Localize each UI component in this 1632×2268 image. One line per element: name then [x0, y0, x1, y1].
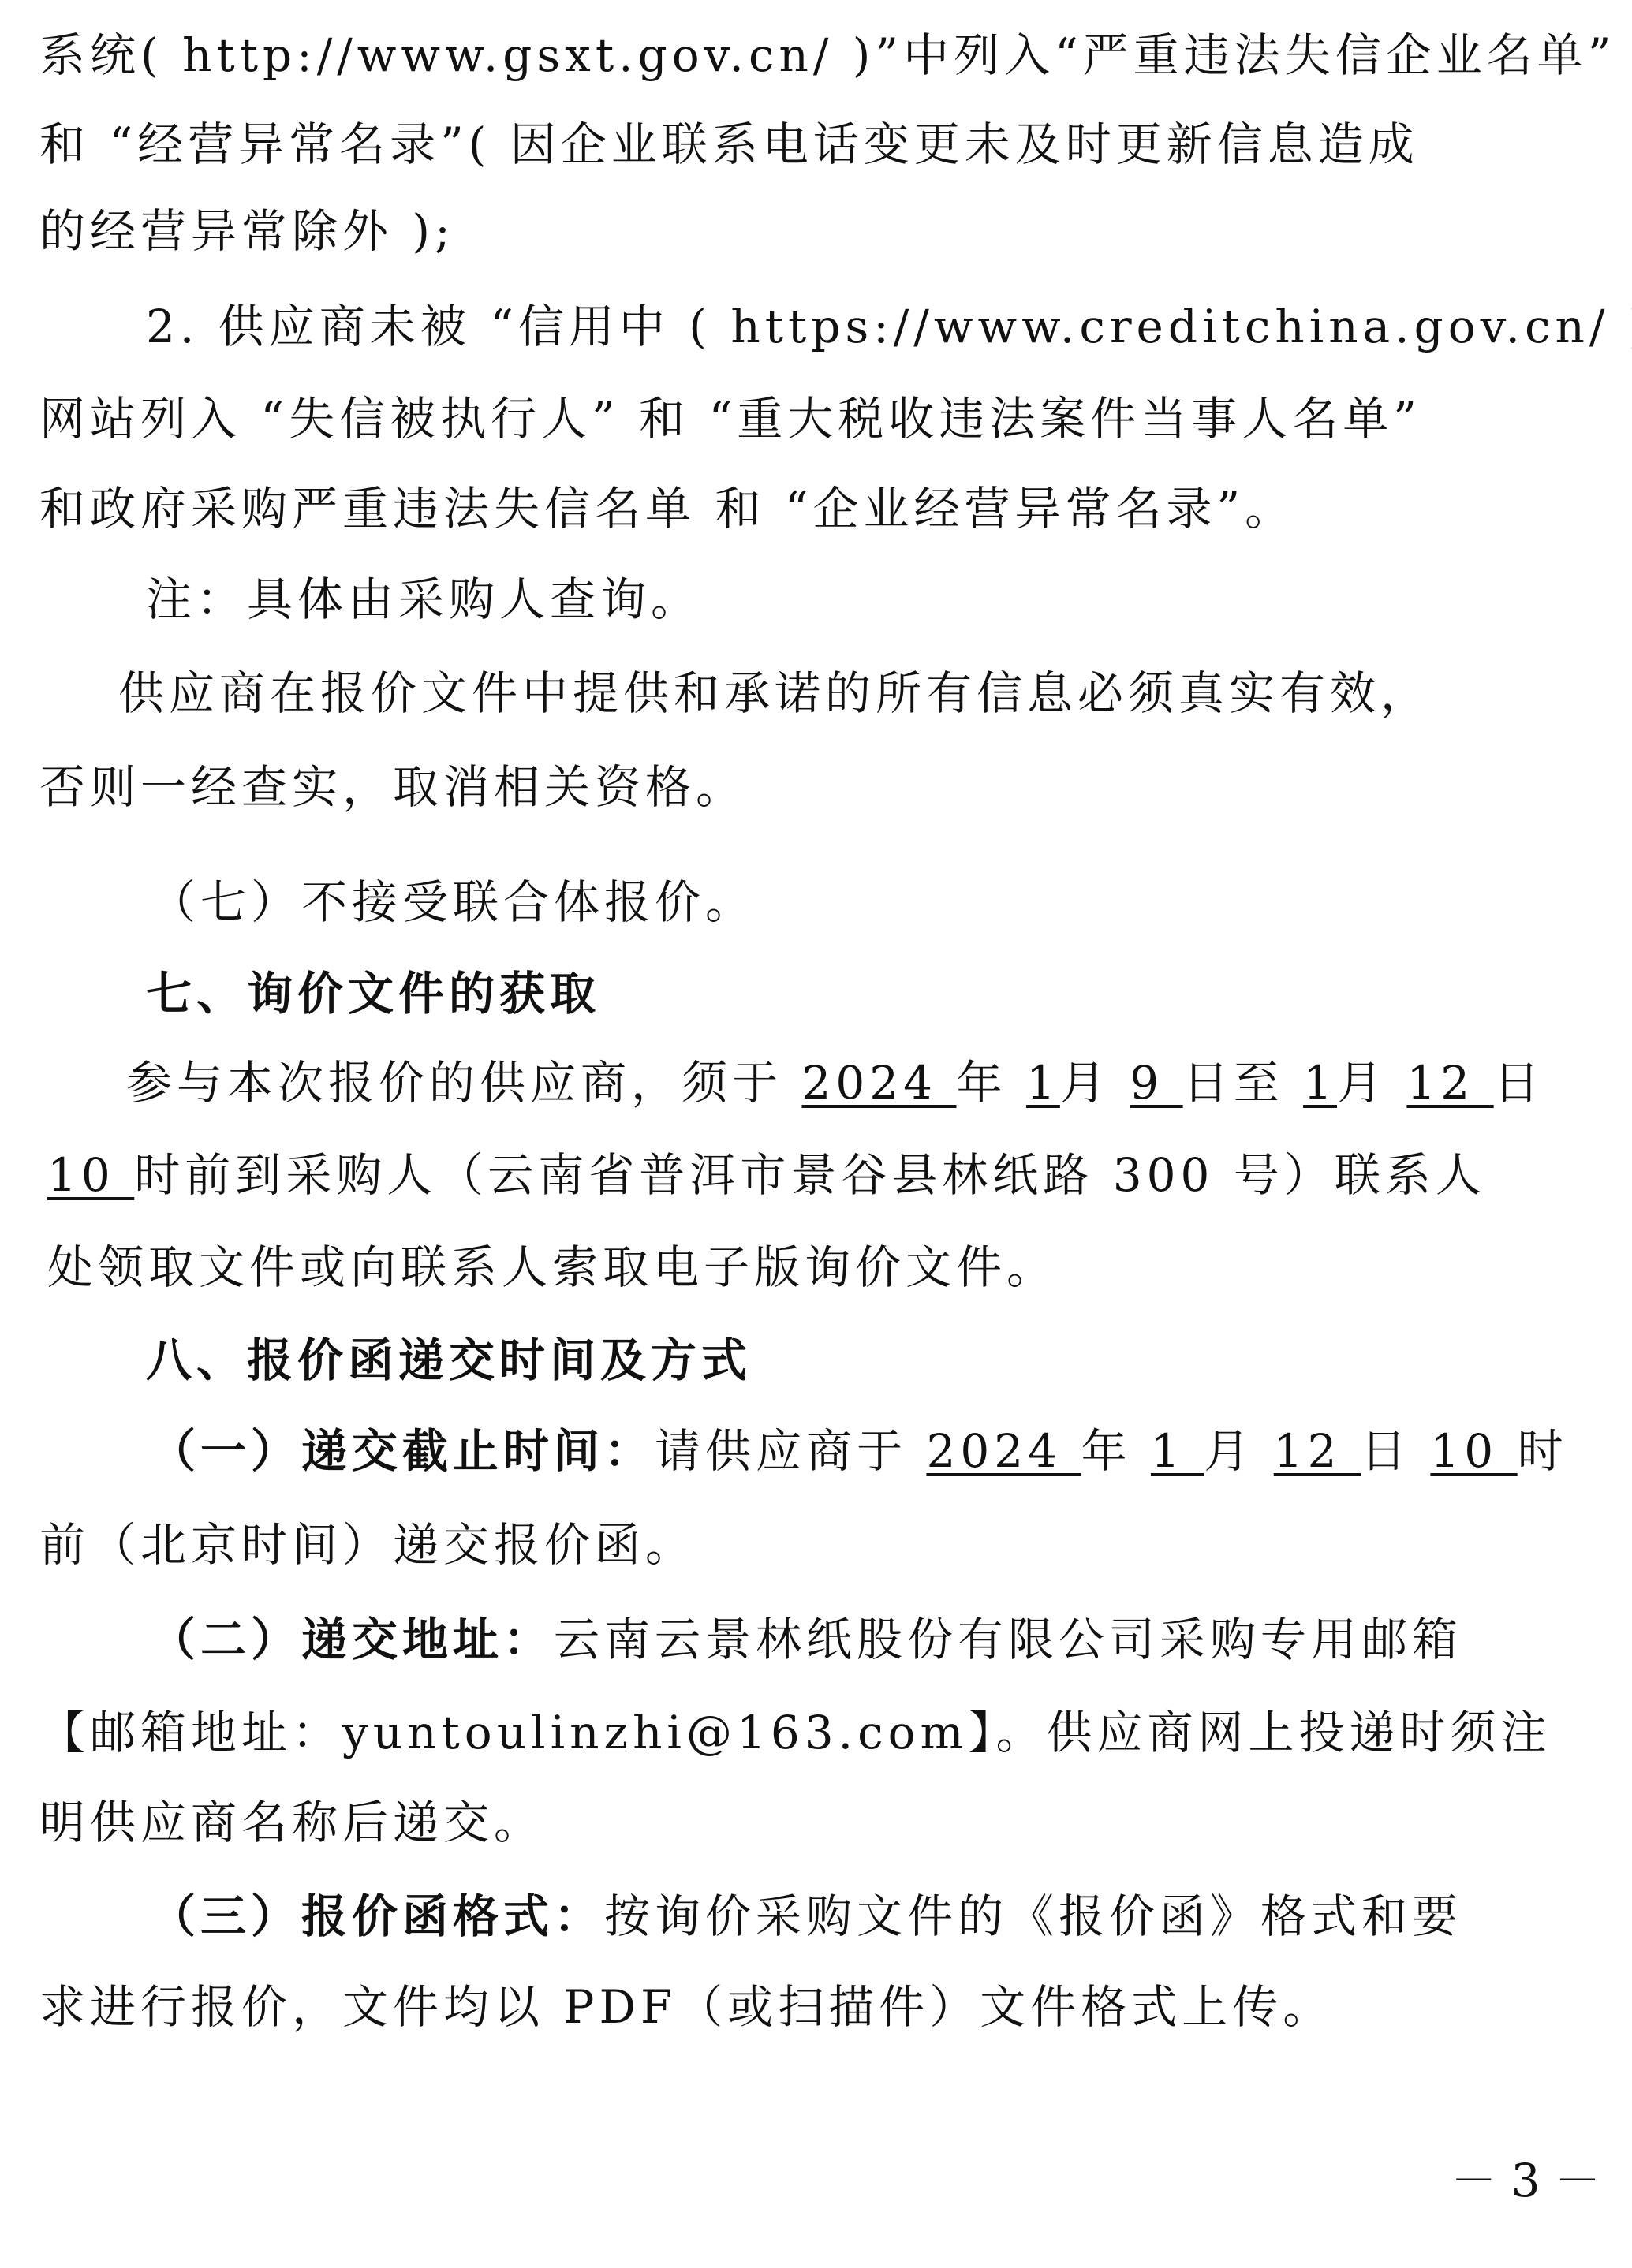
text-run: 2. 供应商未被 “信用中 ( https://www.creditchina.…: [146, 300, 1632, 353]
underlined-value: 10: [1430, 1424, 1517, 1478]
text-run: 注：具体由采购人查询。: [146, 573, 701, 626]
paragraph-line: 10 时前到采购人（云南省普洱市景谷县林纸路 300 号）联系人: [47, 1143, 1486, 1207]
text-run: 日: [1494, 1056, 1544, 1110]
paragraph-line: 供应商在报价文件中提供和承诺的所有信息必须真实有效，: [118, 662, 1431, 725]
underlined-value: 1: [1026, 1056, 1060, 1110]
paragraph-line: 和政府采购严重违法失信名单 和 “企业经营异常名录”。: [39, 477, 1295, 540]
paragraph-line: 【邮箱地址：yuntoulinzhi@163.com】。供应商网上投递时须注: [39, 1701, 1552, 1764]
text-run: 求进行报价，文件均以 PDF（或扫描件）文件格式上传。: [39, 1980, 1333, 2034]
text-run: 的经营异常除外 );: [39, 204, 455, 258]
text-run: 网站列入 “失信被执行人” 和 “重大税收违法案件当事人名单”: [39, 392, 1421, 446]
text-run: 系统( http://www.gsxt.gov.cn/ )”中列入“严重违法失信…: [39, 28, 1615, 82]
text-run: 八、报价函递交时间及方式: [146, 1334, 752, 1387]
paragraph-line: （三）报价函格式：按询价采购文件的《报价函》格式和要: [150, 1885, 1462, 1948]
text-run: 月: [1060, 1056, 1130, 1110]
paragraph-line: （一）递交截止时间：请供应商于 2024 年 1 月 12 日 10 时: [150, 1419, 1568, 1483]
text-run: 前（北京时间）递交报价函。: [39, 1518, 696, 1572]
text-run: 和 “经营异常名录”( 因企业联系电话变更未及时更新信息造成: [39, 118, 1419, 171]
paragraph-line: 网站列入 “失信被执行人” 和 “重大税收违法案件当事人名单”: [39, 387, 1421, 450]
paragraph-line: 系统( http://www.gsxt.gov.cn/ )”中列入“严重违法失信…: [39, 24, 1615, 87]
text-run: 处领取文件或向联系人索取电子版询价文件。: [47, 1240, 1057, 1294]
paragraph-line: 的经营异常除外 );: [39, 200, 455, 263]
underlined-value: 10: [47, 1148, 134, 1202]
text-run: 明供应商名称后递交。: [39, 1796, 544, 1849]
text-run: 年: [1081, 1424, 1151, 1478]
text-run: 日至: [1183, 1056, 1303, 1110]
underlined-value: 2024: [926, 1424, 1081, 1478]
paragraph-line: （二）递交地址：云南云景林纸股份有限公司采购专用邮箱: [150, 1608, 1462, 1671]
text-run: 年: [957, 1056, 1026, 1110]
text-run: （七）不接受联合体报价。: [150, 875, 756, 929]
underlined-value: 12: [1406, 1056, 1493, 1110]
paragraph-line: 注：具体由采购人查询。: [146, 568, 701, 631]
paragraph-line: 明供应商名称后递交。: [39, 1791, 544, 1854]
text-run: 时前到采购人（云南省普洱市景谷县林纸路 300 号）联系人: [134, 1148, 1486, 1202]
section-heading: 七、询价文件的获取: [146, 962, 600, 1025]
text-run: 参与本次报价的供应商，须于: [126, 1056, 801, 1110]
section-heading: 八、报价函递交时间及方式: [146, 1329, 752, 1392]
text-run: 时: [1518, 1424, 1568, 1478]
paragraph-line: 前（北京时间）递交报价函。: [39, 1513, 696, 1576]
text-run: 和政府采购严重违法失信名单 和 “企业经营异常名录”。: [39, 482, 1295, 535]
underlined-value: 1: [1151, 1424, 1204, 1478]
paragraph-line: 参与本次报价的供应商，须于 2024 年 1月 9 日至 1月 12 日: [126, 1051, 1544, 1114]
text-run: 月: [1337, 1056, 1406, 1110]
text-run: 七、询价文件的获取: [146, 967, 600, 1020]
text-run: 供应商在报价文件中提供和承诺的所有信息必须真实有效，: [118, 666, 1431, 720]
paragraph-line: （七）不接受联合体报价。: [150, 871, 756, 934]
page-number: － 3 －: [1451, 2149, 1600, 2212]
underlined-value: 9: [1130, 1056, 1182, 1110]
bold-label: （三）报价函格式：: [150, 1889, 604, 1943]
paragraph-line: 和 “经营异常名录”( 因企业联系电话变更未及时更新信息造成: [39, 113, 1419, 176]
text-run: 否则一经查实，取消相关资格。: [39, 760, 746, 814]
underlined-value: 2024: [801, 1056, 956, 1110]
underlined-value: 12: [1274, 1424, 1361, 1478]
text-run: 请供应商于: [655, 1424, 926, 1478]
text-run: 【邮箱地址：yuntoulinzhi@163.com】。供应商网上投递时须注: [39, 1706, 1552, 1759]
paragraph-line: 2. 供应商未被 “信用中 ( https://www.creditchina.…: [146, 295, 1632, 358]
paragraph-line: 求进行报价，文件均以 PDF（或扫描件）文件格式上传。: [39, 1975, 1333, 2039]
text-run: 月: [1204, 1424, 1273, 1478]
bold-label: （一）递交截止时间：: [150, 1424, 655, 1478]
text-run: 云南云景林纸股份有限公司采购专用邮箱: [554, 1613, 1462, 1666]
paragraph-line: 否则一经查实，取消相关资格。: [39, 755, 746, 819]
text-run: 按询价采购文件的《报价函》格式和要: [604, 1889, 1462, 1943]
underlined-value: 1: [1303, 1056, 1337, 1110]
text-run: 日: [1361, 1424, 1430, 1478]
paragraph-line: 处领取文件或向联系人索取电子版询价文件。: [47, 1236, 1057, 1299]
bold-label: （二）递交地址：: [150, 1613, 554, 1666]
